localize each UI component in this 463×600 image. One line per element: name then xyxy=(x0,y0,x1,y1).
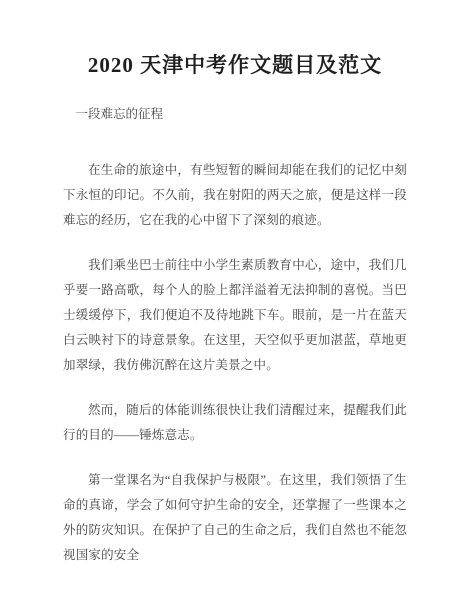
essay-paragraph-1: 在生命的旅途中，有些短暂的瞬间却能在我们的记忆中刻下永恒的印记。不久前，我在射阳… xyxy=(63,158,407,233)
document-title: 2020 天津中考作文题目及范文 xyxy=(63,48,407,82)
essay-paragraph-4: 第一堂课名为“自我保护与极限”。在这里，我们领悟了生命的真谛，学会了如何守护生命… xyxy=(63,468,407,568)
essay-paragraph-3: 然而，随后的体能训练很快让我们清醒过来，提醒我们此行的目的——锤炼意志。 xyxy=(63,398,407,448)
essay-title: 一段难忘的征程 xyxy=(63,106,407,122)
document-page: 2020 天津中考作文题目及范文 一段难忘的征程 在生命的旅途中，有些短暂的瞬间… xyxy=(0,0,463,600)
essay-paragraph-2: 我们乘坐巴士前往中小学生素质教育中心，途中，我们几乎要一路高歌，每个人的脸上都洋… xyxy=(63,253,407,378)
